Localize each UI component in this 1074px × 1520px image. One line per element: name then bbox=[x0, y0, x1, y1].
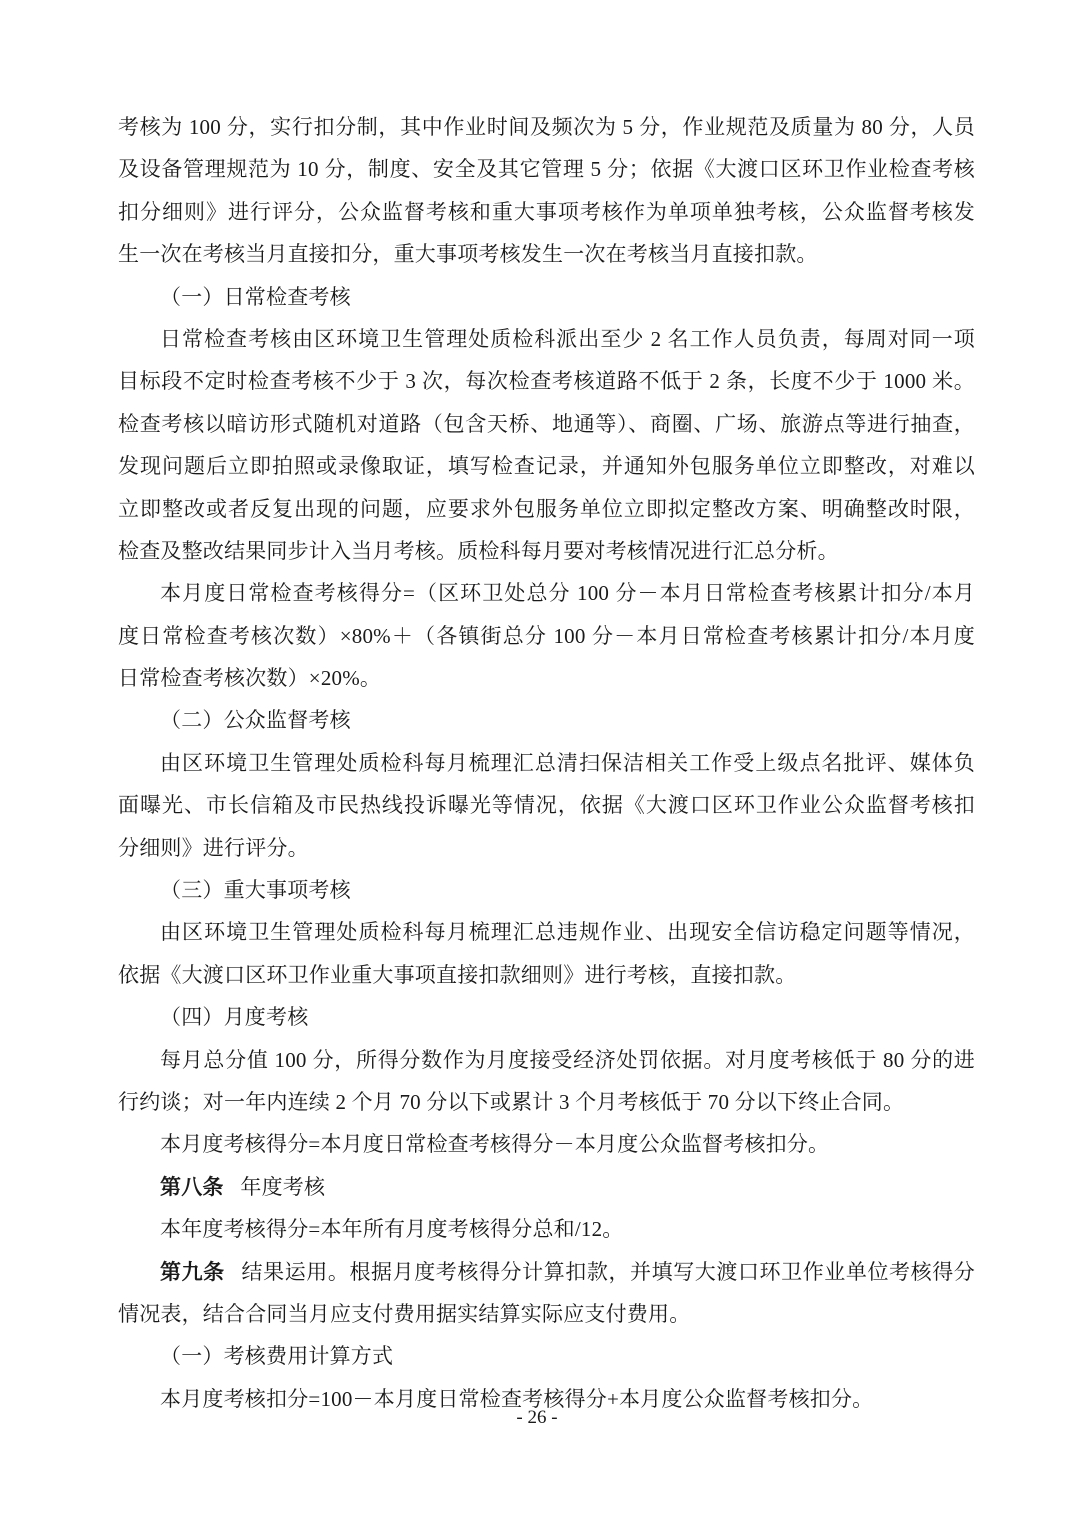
text-line: 立即整改或者反复出现的问题，应要求外包服务单位立即拟定整改方案、明确整改时限， bbox=[118, 488, 975, 530]
line-text: 本月度日常检查考核得分=（区环卫处总分 100 分－本月日常检查考核累计扣分/本… bbox=[160, 581, 975, 605]
line-text: 及设备管理规范为 10 分，制度、安全及其它管理 5 分；依据《大渡口区环卫作业… bbox=[118, 157, 975, 181]
line-text: （一）考核费用计算方式 bbox=[160, 1344, 393, 1368]
text-line: 第八条年度考核 bbox=[118, 1166, 975, 1208]
document-body: 考核为 100 分，实行扣分制，其中作业时间及频次为 5 分，作业规范及质量为 … bbox=[118, 106, 975, 1420]
line-text: 情况表，结合合同当月应支付费用据实结算实际应支付费用。 bbox=[118, 1302, 690, 1326]
text-line: 检查考核以暗访形式随机对道路（包含天桥、地通等）、商圈、广场、旅游点等进行抽查， bbox=[118, 403, 975, 445]
line-text: 检查及整改结果同步计入当月考核。质检科每月要对考核情况进行汇总分析。 bbox=[118, 539, 839, 563]
text-line: 情况表，结合合同当月应支付费用据实结算实际应支付费用。 bbox=[118, 1293, 975, 1335]
text-line: 生一次在考核当月直接扣分，重大事项考核发生一次在考核当月直接扣款。 bbox=[118, 233, 975, 275]
line-text: 由区环境卫生管理处质检科每月梳理汇总清扫保洁相关工作受上级点名批评、媒体负 bbox=[160, 751, 975, 775]
text-line: 分细则》进行评分。 bbox=[118, 827, 975, 869]
line-text: 由区环境卫生管理处质检科每月梳理汇总违规作业、出现安全信访稳定问题等情况， bbox=[160, 920, 975, 944]
text-line: 依据《大渡口区环卫作业重大事项直接扣款细则》进行考核，直接扣款。 bbox=[118, 954, 975, 996]
line-text: 扣分细则》进行评分，公众监督考核和重大事项考核作为单项单独考核，公众监督考核发 bbox=[118, 200, 975, 224]
line-text: 本年度考核得分=本年所有月度考核得分总和/12。 bbox=[160, 1217, 623, 1241]
line-text: 结果运用。根据月度考核得分计算扣款，并填写大渡口环卫作业单位考核得分 bbox=[242, 1260, 975, 1284]
text-line: 面曝光、市长信箱及市民热线投诉曝光等情况，依据《大渡口区环卫作业公众监督考核扣 bbox=[118, 784, 975, 826]
text-line: 考核为 100 分，实行扣分制，其中作业时间及频次为 5 分，作业规范及质量为 … bbox=[118, 106, 975, 148]
text-line: 行约谈；对一年内连续 2 个月 70 分以下或累计 3 个月考核低于 70 分以… bbox=[118, 1081, 975, 1123]
text-line: 发现问题后立即拍照或录像取证，填写检查记录，并通知外包服务单位立即整改，对难以 bbox=[118, 445, 975, 487]
line-text: 目标段不定时检查考核不少于 3 次，每次检查考核道路不低于 2 条，长度不少于 … bbox=[118, 369, 975, 393]
document-page: 考核为 100 分，实行扣分制，其中作业时间及频次为 5 分，作业规范及质量为 … bbox=[0, 0, 1074, 1520]
line-text: 日常检查考核次数）×20%。 bbox=[118, 666, 381, 690]
text-line: 由区环境卫生管理处质检科每月梳理汇总违规作业、出现安全信访稳定问题等情况， bbox=[118, 911, 975, 953]
text-line: （四）月度考核 bbox=[118, 996, 975, 1038]
line-text: （四）月度考核 bbox=[160, 1005, 308, 1029]
line-text: 依据《大渡口区环卫作业重大事项直接扣款细则》进行考核，直接扣款。 bbox=[118, 963, 796, 987]
text-line: 日常检查考核次数）×20%。 bbox=[118, 657, 975, 699]
line-text: 分细则》进行评分。 bbox=[118, 836, 309, 860]
line-text: 年度考核 bbox=[240, 1175, 325, 1199]
text-line: 及设备管理规范为 10 分，制度、安全及其它管理 5 分；依据《大渡口区环卫作业… bbox=[118, 148, 975, 190]
text-line: 第九条结果运用。根据月度考核得分计算扣款，并填写大渡口环卫作业单位考核得分 bbox=[118, 1251, 975, 1293]
line-text: 检查考核以暗访形式随机对道路（包含天桥、地通等）、商圈、广场、旅游点等进行抽查， bbox=[118, 412, 975, 436]
text-line: （二）公众监督考核 bbox=[118, 699, 975, 741]
line-text: 每月总分值 100 分，所得分数作为月度接受经济处罚依据。对月度考核低于 80 … bbox=[160, 1048, 975, 1072]
text-line: 日常检查考核由区环境卫生管理处质检科派出至少 2 名工作人员负责，每周对同一项 bbox=[118, 318, 975, 360]
text-line: 由区环境卫生管理处质检科每月梳理汇总清扫保洁相关工作受上级点名批评、媒体负 bbox=[118, 742, 975, 784]
text-line: （一）日常检查考核 bbox=[118, 276, 975, 318]
text-line: 度日常检查考核次数）×80%＋（各镇街总分 100 分－本月日常检查考核累计扣分… bbox=[118, 615, 975, 657]
line-text: 面曝光、市长信箱及市民热线投诉曝光等情况，依据《大渡口区环卫作业公众监督考核扣 bbox=[118, 793, 975, 817]
text-line: 检查及整改结果同步计入当月考核。质检科每月要对考核情况进行汇总分析。 bbox=[118, 530, 975, 572]
line-text: 考核为 100 分，实行扣分制，其中作业时间及频次为 5 分，作业规范及质量为 … bbox=[118, 115, 975, 139]
line-text: 日常检查考核由区环境卫生管理处质检科派出至少 2 名工作人员负责，每周对同一项 bbox=[160, 327, 975, 351]
line-text: 立即整改或者反复出现的问题，应要求外包服务单位立即拟定整改方案、明确整改时限， bbox=[118, 497, 975, 521]
line-text: （三）重大事项考核 bbox=[160, 878, 351, 902]
clause-number: 第九条 bbox=[160, 1260, 225, 1284]
line-text: 本月度考核得分=本月度日常检查考核得分－本月度公众监督考核扣分。 bbox=[160, 1132, 829, 1156]
text-line: （三）重大事项考核 bbox=[118, 869, 975, 911]
page-number: - 26 - bbox=[0, 1404, 1074, 1432]
line-text: （二）公众监督考核 bbox=[160, 708, 351, 732]
line-text: 度日常检查考核次数）×80%＋（各镇街总分 100 分－本月日常检查考核累计扣分… bbox=[118, 624, 975, 648]
line-text: （一）日常检查考核 bbox=[160, 285, 351, 309]
text-line: 扣分细则》进行评分，公众监督考核和重大事项考核作为单项单独考核，公众监督考核发 bbox=[118, 191, 975, 233]
text-line: 本年度考核得分=本年所有月度考核得分总和/12。 bbox=[118, 1208, 975, 1250]
text-line: 每月总分值 100 分，所得分数作为月度接受经济处罚依据。对月度考核低于 80 … bbox=[118, 1039, 975, 1081]
clause-number: 第八条 bbox=[160, 1175, 224, 1199]
line-text: 发现问题后立即拍照或录像取证，填写检查记录，并通知外包服务单位立即整改，对难以 bbox=[118, 454, 975, 478]
line-text: 生一次在考核当月直接扣分，重大事项考核发生一次在考核当月直接扣款。 bbox=[118, 242, 818, 266]
text-line: 本月度考核得分=本月度日常检查考核得分－本月度公众监督考核扣分。 bbox=[118, 1123, 975, 1165]
text-line: （一）考核费用计算方式 bbox=[118, 1335, 975, 1377]
text-line: 目标段不定时检查考核不少于 3 次，每次检查考核道路不低于 2 条，长度不少于 … bbox=[118, 360, 975, 402]
line-text: 行约谈；对一年内连续 2 个月 70 分以下或累计 3 个月考核低于 70 分以… bbox=[118, 1090, 904, 1114]
text-line: 本月度日常检查考核得分=（区环卫处总分 100 分－本月日常检查考核累计扣分/本… bbox=[118, 572, 975, 614]
